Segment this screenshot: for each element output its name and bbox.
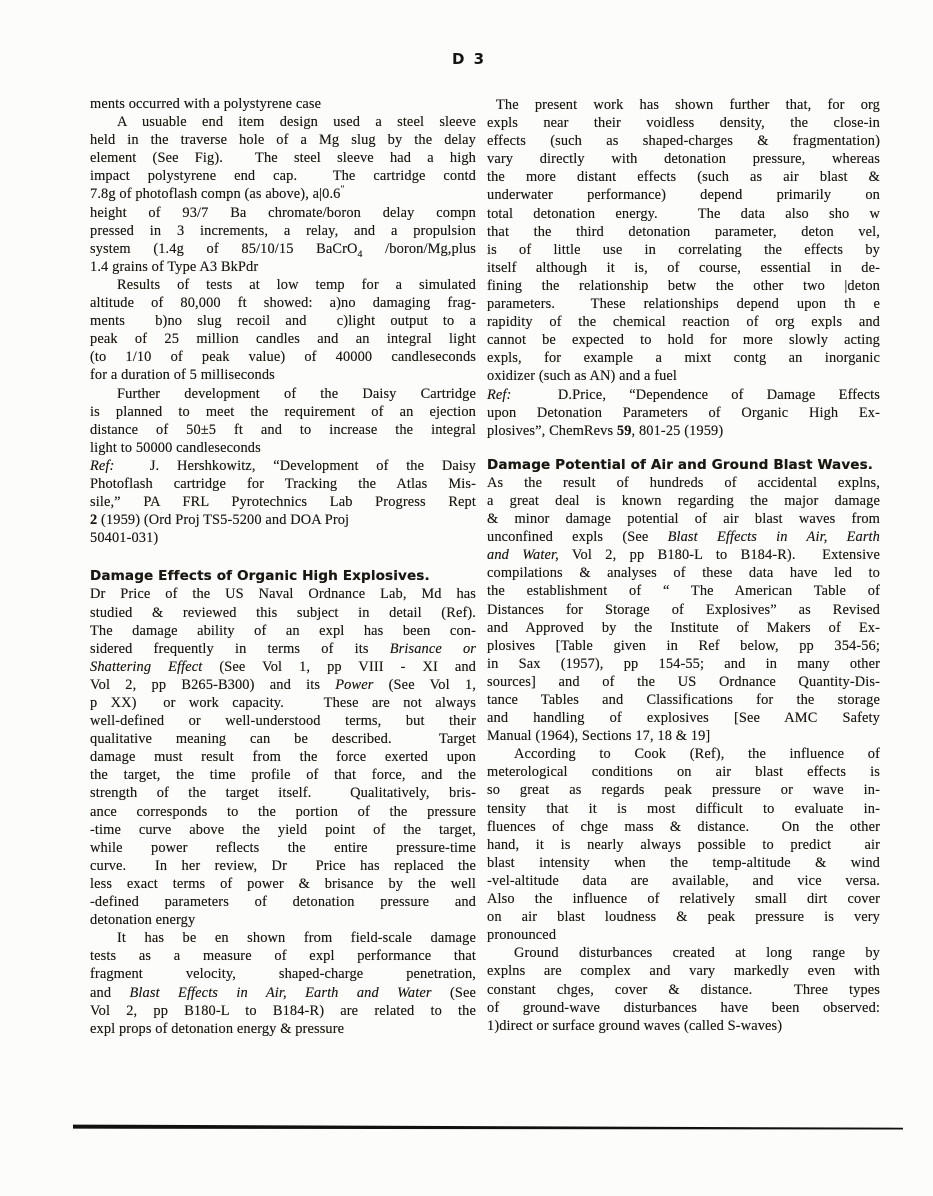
text-line: 1)direct or surface ground waves (called… <box>487 1017 880 1035</box>
text-line: -time curve above the yield point of the… <box>90 821 476 839</box>
text-line: held in the traverse hole of a Mg slug b… <box>90 131 476 149</box>
text-line: (to 1/10 of peak value) of 40000 candles… <box>90 348 476 366</box>
text-line: hand, it is nearly always possible to pr… <box>487 836 880 854</box>
text-line: while power reflects the entire pressure… <box>90 839 476 857</box>
paragraph: The present work has shown further that,… <box>487 96 880 386</box>
text-line: a great deal is known regarding the majo… <box>487 492 880 510</box>
text-line: light to 50000 candleseconds <box>90 439 476 457</box>
text-line: As the result of hundreds of accidental … <box>487 474 880 492</box>
text-line: Ref: D.Price, “Dependence of Damage Effe… <box>487 386 880 404</box>
text-line: the target, the time profile of that for… <box>90 766 476 784</box>
text-line: on air blast loudness & peak pressure is… <box>487 908 880 926</box>
text-line: expl props of detonation energy & pressu… <box>90 1020 476 1038</box>
text-line: 50401-031) <box>90 529 476 547</box>
text-line: Damage Potential of Air and Ground Blast… <box>487 456 880 474</box>
text-line: cannot be expected to hold for more slow… <box>487 331 880 349</box>
text-line: sidered frequently in terms of its Brisa… <box>90 640 476 658</box>
scanned-document-page: D 3 ments occurred with a polystyrene ca… <box>0 0 933 1196</box>
text-line: parameters. These relationships depend u… <box>487 295 880 313</box>
text-line: tensity that it is most difficult to eva… <box>487 800 880 818</box>
text-line: upon Detonation Parameters of Organic Hi… <box>487 404 880 422</box>
text-line: Damage Effects of Organic High Explosive… <box>90 567 476 585</box>
text-line: system (1.4g of 85/10/15 BaCrO4 /boron/M… <box>90 240 476 258</box>
text-line: Dr Price of the US Naval Ordnance Lab, M… <box>90 585 476 603</box>
text-line: According to Cook (Ref), the influence o… <box>487 745 880 763</box>
text-line: so great as regards peak pressure or wav… <box>487 781 880 799</box>
text-line: the establishment of “ The American Tabl… <box>487 582 880 600</box>
text-line: compilations & analyses of these data ha… <box>487 564 880 582</box>
text-line: expls, for example a mixt contg an inorg… <box>487 349 880 367</box>
text-line: pronounced <box>487 926 880 944</box>
text-line: fragment velocity, shaped-charge penetra… <box>90 965 476 983</box>
text-line: Further development of the Daisy Cartrid… <box>90 385 476 403</box>
page-number: D 3 <box>452 50 486 68</box>
text-line: 2 (1959) (Ord Proj TS5-5200 and DOA Proj <box>90 511 476 529</box>
text-line: element (See Fig). The steel sleeve had … <box>90 149 476 167</box>
text-line: p XX) or work capacity. These are not al… <box>90 694 476 712</box>
paragraph: Ground disturbances created at long rang… <box>487 944 880 1034</box>
text-line: Shattering Effect (See Vol 1, pp VIII - … <box>90 658 476 676</box>
paragraph: According to Cook (Ref), the influence o… <box>487 745 880 944</box>
text-line: & minor damage potential of air blast wa… <box>487 510 880 528</box>
paragraph: Results of tests at low temp for a simul… <box>90 276 476 385</box>
text-line: Results of tests at low temp for a simul… <box>90 276 476 294</box>
text-line: -vel-altitude data are available, and vi… <box>487 872 880 890</box>
paragraph: As the result of hundreds of accidental … <box>487 474 880 745</box>
text-line: tests as a measure of expl performance t… <box>90 947 476 965</box>
text-line: unconfined expls (See Blast Effects in A… <box>487 528 880 546</box>
paragraph: Further development of the Daisy Cartrid… <box>90 385 476 457</box>
text-line: 1.4 grains of Type A3 BkPdr <box>90 258 476 276</box>
text-line: rapidity of the chemical reaction of org… <box>487 313 880 331</box>
text-line: and Approved by the Institute of Makers … <box>487 619 880 637</box>
text-line: strength of the target itself. Qualitati… <box>90 784 476 802</box>
text-line: Manual (1964), Sections 17, 18 & 19] <box>487 727 880 745</box>
text-line: Vol 2, pp B180-L to B184-R) are related … <box>90 1002 476 1020</box>
text-line: pressed in 3 increments, a relay, and a … <box>90 222 476 240</box>
text-line: constant chges, cover & distance. Three … <box>487 981 880 999</box>
text-line: less exact terms of power & brisance by … <box>90 875 476 893</box>
text-line: detonation energy <box>90 911 476 929</box>
text-line: Vol 2, pp B265-B300) and its Power (See … <box>90 676 476 694</box>
text-line: Photoflash cartridge for Tracking the At… <box>90 475 476 493</box>
text-line: tance Tables and Classifications for the… <box>487 691 880 709</box>
section-heading: Damage Effects of Organic High Explosive… <box>90 567 476 585</box>
text-line: -defined parameters of detonation pressu… <box>90 893 476 911</box>
text-line: studied & reviewed this subject in detai… <box>90 604 476 622</box>
text-line: 7.8g of photoflash compn (as above), a|0… <box>90 185 476 203</box>
paragraph: Dr Price of the US Naval Ordnance Lab, M… <box>90 585 476 929</box>
text-line: fining the relationship betw the other t… <box>487 277 880 295</box>
page-footer-rule <box>73 1124 903 1130</box>
text-line: damage must result from the force exerte… <box>90 748 476 766</box>
text-line: Also the influence of relatively small d… <box>487 890 880 908</box>
section-heading: Damage Potential of Air and Ground Blast… <box>487 456 880 474</box>
text-line: distance of 50±5 ft and to increase the … <box>90 421 476 439</box>
left-column: ments occurred with a polystyrene caseA … <box>90 95 476 1038</box>
text-line: meterological conditions on air blast ef… <box>487 763 880 781</box>
right-column: The present work has shown further that,… <box>487 96 880 1035</box>
text-line: explns are complex and vary markedly eve… <box>487 962 880 980</box>
text-line: peak of 25 million candles and an integr… <box>90 330 476 348</box>
text-line: blast intensity when the temp-altitude &… <box>487 854 880 872</box>
text-line: the more distant effects (such as air bl… <box>487 168 880 186</box>
text-line: It has be en shown from field-scale dama… <box>90 929 476 947</box>
text-line: sources] and of the US Ordnance Quantity… <box>487 673 880 691</box>
text-line: Ref: J. Hershkowitz, “Development of the… <box>90 457 476 475</box>
text-line: is planned to meet the requirement of an… <box>90 403 476 421</box>
text-line: sile,” PA FRL Pyrotechnics Lab Progress … <box>90 493 476 511</box>
text-line: and Water, Vol 2, pp B180-L to B184-R). … <box>487 546 880 564</box>
reference-block: Ref: J. Hershkowitz, “Development of the… <box>90 457 476 547</box>
text-line: well-defined or well-understood terms, b… <box>90 712 476 730</box>
text-line: plosives”, ChemRevs 59, 801-25 (1959) <box>487 422 880 440</box>
text-line: ments b)no slug recoil and c)light outpu… <box>90 312 476 330</box>
paragraph: A usuable end item design used a steel s… <box>90 113 476 276</box>
text-line: ance corresponds to the portion of the p… <box>90 803 476 821</box>
text-line: of ground-wave disturbances have been ob… <box>487 999 880 1017</box>
text-line: Ground disturbances created at long rang… <box>487 944 880 962</box>
text-line: is of little use in correlating the effe… <box>487 241 880 259</box>
reference-block: Ref: D.Price, “Dependence of Damage Effe… <box>487 386 880 440</box>
text-line: A usuable end item design used a steel s… <box>90 113 476 131</box>
text-line: and Blast Effects in Air, Earth and Wate… <box>90 984 476 1002</box>
text-line: qualitative meaning can be described. Ta… <box>90 730 476 748</box>
text-line: plosives [Table given in Ref below, pp 3… <box>487 637 880 655</box>
text-line: vary directly with detonation pressure, … <box>487 150 880 168</box>
text-line: The damage ability of an expl has been c… <box>90 622 476 640</box>
text-line: curve. In her review, Dr Price has repla… <box>90 857 476 875</box>
text-line: ments occurred with a polystyrene case <box>90 95 476 113</box>
text-line: for a duration of 5 milliseconds <box>90 366 476 384</box>
text-line: height of 93/7 Ba chromate/boron delay c… <box>90 204 476 222</box>
text-line: itself although it is, of course, essent… <box>487 259 880 277</box>
text-line: oxidizer (such as AN) and a fuel <box>487 367 880 385</box>
text-line: in Sax (1957), pp 154-55; and in many ot… <box>487 655 880 673</box>
text-line: expls near their voidless density, the c… <box>487 114 880 132</box>
paragraph: It has be en shown from field-scale dama… <box>90 929 476 1038</box>
text-line: and handling of explosives [See AMC Safe… <box>487 709 880 727</box>
text-line: effects (such as shaped-charges & fragme… <box>487 132 880 150</box>
text-line: that the third detonation parameter, det… <box>487 223 880 241</box>
text-line: fluences of chge mass & distance. On the… <box>487 818 880 836</box>
paragraph: ments occurred with a polystyrene case <box>90 95 476 113</box>
text-line: impact polystyrene end cap. The cartridg… <box>90 167 476 185</box>
text-line: The present work has shown further that,… <box>487 96 880 114</box>
text-line: altitude of 80,000 ft showed: a)no damag… <box>90 294 476 312</box>
text-line: underwater performance) depend primarily… <box>487 186 880 204</box>
text-line: total detonation energy. The data also s… <box>487 205 880 223</box>
text-line: Distances for Storage of Explosives” as … <box>487 601 880 619</box>
